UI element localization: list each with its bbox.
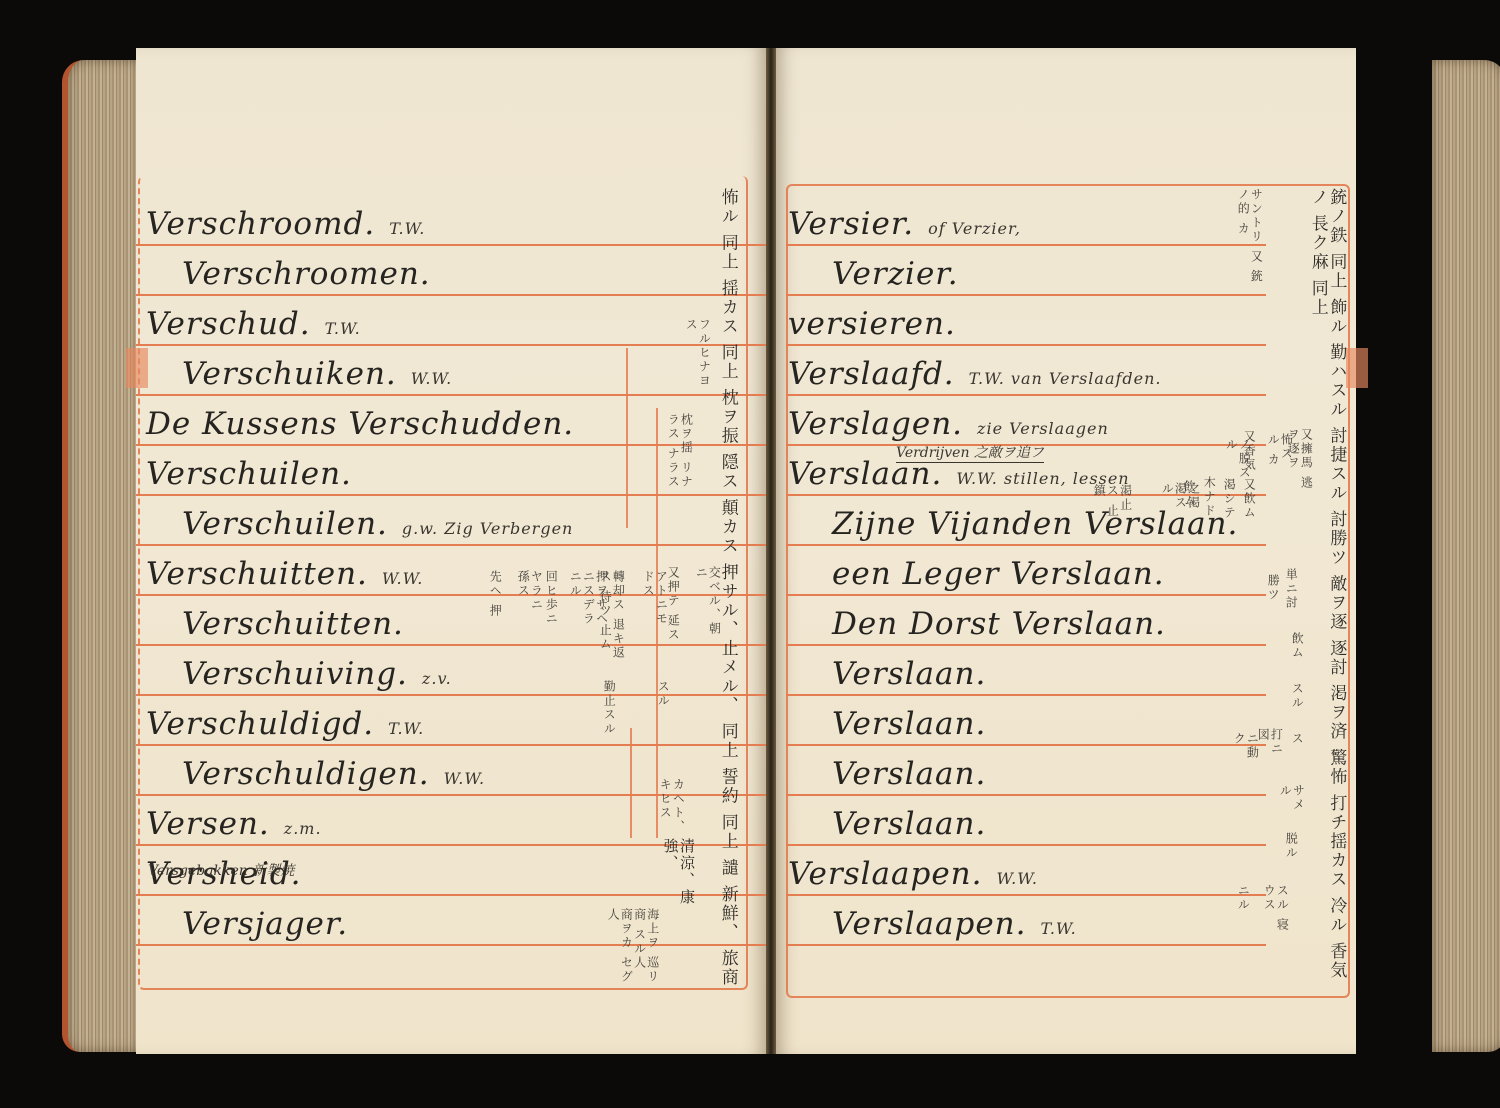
left-page-edge bbox=[62, 60, 142, 1052]
grammar-note: W.W. bbox=[444, 769, 485, 788]
interlinear-note: Verdrijven 之敵ヲ追フ bbox=[896, 442, 1044, 463]
headword: Verschuiken. bbox=[182, 356, 397, 392]
headword: Versen. bbox=[146, 806, 270, 842]
japanese-secondary-gloss: 単ニ討 bbox=[1284, 568, 1297, 618]
grammar-note: T.W. bbox=[388, 719, 424, 738]
headword: versieren. bbox=[788, 306, 956, 342]
headword: Verzier. bbox=[832, 256, 959, 292]
headword: Verschuitten. bbox=[146, 556, 368, 592]
japanese-secondary-gloss: 海上ヲ 巡リ商 スル人 商ヲカ セグ人 bbox=[606, 908, 659, 988]
grammar-note: T.W. bbox=[325, 319, 361, 338]
headword: De Kussens Verschudden. bbox=[146, 406, 574, 442]
japanese-secondary-gloss: サントリ 又 銃ノ的 カ bbox=[1236, 188, 1262, 288]
headword: Verslagen. bbox=[788, 406, 963, 442]
grammar-note: W.W. bbox=[382, 569, 423, 588]
list-item: Verslaan. bbox=[786, 648, 1266, 696]
headword: Verschuilen. bbox=[146, 456, 352, 492]
headword: Den Dorst Verslaan. bbox=[832, 606, 1166, 642]
list-item: Verschuiken.W.W. bbox=[136, 348, 766, 396]
headword: Verschroomd. bbox=[146, 206, 375, 242]
grammar-note: z.m. bbox=[284, 819, 322, 838]
headword: Verslaan. bbox=[832, 706, 986, 742]
japanese-secondary-gloss: フルヒナヨス bbox=[684, 318, 710, 388]
list-item: Verslaan. bbox=[786, 748, 1266, 796]
japanese-secondary-gloss: ス bbox=[1290, 732, 1303, 762]
japanese-secondary-gloss: 枕ヲ揺 リナラス ナラス bbox=[666, 413, 692, 493]
headword: een Leger Verslaan. bbox=[832, 556, 1165, 592]
japanese-secondary-gloss: ヤラニ 孫ス bbox=[516, 570, 542, 630]
list-item: Verschud.T.W. bbox=[136, 298, 766, 346]
japanese-secondary-gloss: スル bbox=[656, 680, 669, 720]
japanese-secondary-gloss: 木ナド bbox=[1202, 476, 1215, 526]
headword: Verslaan. bbox=[832, 756, 986, 792]
japanese-secondary-gloss: 之渇 渇スル bbox=[1160, 482, 1200, 522]
right-page-edge bbox=[1432, 60, 1500, 1052]
left-page: Verschroomd.T.W. Verschroomen. Verschud.… bbox=[136, 48, 766, 1054]
japanese-secondary-gloss: 飲ム bbox=[1290, 632, 1303, 672]
headword: Verschud. bbox=[146, 306, 311, 342]
japanese-secondary-gloss: サメル bbox=[1278, 784, 1304, 824]
headword: Verschuldigen. bbox=[182, 756, 430, 792]
japanese-secondary-gloss: 押ヲサヘニスデラニル bbox=[568, 570, 608, 630]
japanese-secondary-gloss: 交ベル、朝ニ bbox=[694, 566, 720, 646]
headword: Versjager. bbox=[182, 906, 348, 942]
headword: Verslaan. bbox=[832, 656, 986, 692]
grammar-note: W.W. bbox=[997, 869, 1038, 888]
headword: Versier. bbox=[788, 206, 914, 242]
japanese-secondary-gloss: 打ニ 図 bbox=[1256, 728, 1282, 768]
japanese-secondary-gloss: ニル bbox=[1236, 884, 1249, 914]
grammar-note: of Verzier, bbox=[928, 219, 1021, 238]
japanese-secondary-gloss: 清涼、康強、 bbox=[662, 838, 695, 908]
headword: Verschuilen. bbox=[182, 506, 388, 542]
headword: Verschuldigd. bbox=[146, 706, 374, 742]
grammar-note: T.W. van Verslaafden. bbox=[969, 369, 1162, 388]
list-item: een Leger Verslaan. bbox=[786, 548, 1266, 596]
headword: Verschroomen. bbox=[182, 256, 431, 292]
list-item: Verslaapen.T.W. bbox=[786, 898, 1266, 946]
list-item: Verslagen.zie Verslaagen bbox=[786, 398, 1266, 446]
headword: Verschuiving. bbox=[182, 656, 408, 692]
japanese-secondary-gloss: スル bbox=[1290, 682, 1303, 712]
list-item: Verschuilen.g.w. Zig Verbergen bbox=[136, 498, 766, 546]
headword: Verslaan. bbox=[832, 806, 986, 842]
grammar-note: T.W. bbox=[1041, 919, 1077, 938]
japanese-secondary-gloss: 渇止ス 止鎮 bbox=[1092, 484, 1132, 524]
japanese-secondary-gloss: カヘト、キヒス bbox=[658, 778, 684, 838]
grammar-note: W.W. bbox=[411, 369, 452, 388]
headword: Verschuitten. bbox=[182, 606, 404, 642]
right-page: Versier.of Verzier, Verzier. versieren. … bbox=[776, 48, 1356, 1054]
interlinear-note: Versgebakken 新製焼 bbox=[148, 860, 294, 880]
japanese-secondary-gloss: アトニモドス bbox=[641, 570, 667, 630]
list-item: Verslaan. bbox=[786, 698, 1266, 746]
list-item: Versier.of Verzier, bbox=[786, 198, 1266, 246]
open-book: Verschroomd.T.W. Verschroomen. Verschud.… bbox=[62, 44, 1500, 1056]
japanese-gloss-column: 銃ノ鉄 同上 飾ル 勤ハスル 討捷スル 討勝ツ 敵ヲ逐 逐討 渇ヲ済 驚怖 打チ… bbox=[1308, 188, 1345, 988]
grammar-note: zie Verslaagen bbox=[977, 419, 1109, 438]
japanese-secondary-gloss: 回ヒ歩ニ bbox=[544, 570, 557, 630]
japanese-secondary-gloss: 渇シテ bbox=[1222, 478, 1235, 528]
list-item: Verslaapen.W.W. bbox=[786, 848, 1266, 896]
list-item: versieren. bbox=[786, 298, 1266, 346]
headword: Verslaafd. bbox=[788, 356, 955, 392]
grammar-note: T.W. bbox=[389, 219, 425, 238]
japanese-secondary-gloss: ニ動ク bbox=[1232, 732, 1258, 772]
japanese-secondary-gloss: 勝ツ bbox=[1266, 574, 1279, 614]
list-item: Verzier. bbox=[786, 248, 1266, 296]
right-margin-mark bbox=[1346, 348, 1368, 388]
japanese-secondary-gloss: 勤止スル bbox=[602, 680, 615, 740]
book-gutter bbox=[766, 48, 776, 1054]
japanese-secondary-gloss: 脱ル bbox=[1284, 832, 1297, 872]
list-item: Verschuiving.z.v. bbox=[136, 648, 766, 696]
list-item: Den Dorst Verslaan. bbox=[786, 598, 1266, 646]
japanese-secondary-gloss: 怖スル カ bbox=[1266, 433, 1292, 473]
list-item: Verschroomd.T.W. bbox=[136, 198, 766, 246]
headword: Verslaapen. bbox=[788, 856, 983, 892]
list-item: Verslaafd.T.W. van Verslaafden. bbox=[786, 348, 1266, 396]
list-item: Verschroomen. bbox=[136, 248, 766, 296]
list-item: Verslaan. bbox=[786, 798, 1266, 846]
grammar-note: g.w. Zig Verbergen bbox=[402, 519, 573, 538]
japanese-secondary-gloss: 先ヘ 押 bbox=[488, 570, 501, 630]
headword: Verslaapen. bbox=[832, 906, 1027, 942]
grammar-note: z.v. bbox=[422, 669, 452, 688]
list-item: Verschuldigd.T.W. bbox=[136, 698, 766, 746]
japanese-secondary-gloss: スル 寝ウス bbox=[1262, 884, 1288, 934]
